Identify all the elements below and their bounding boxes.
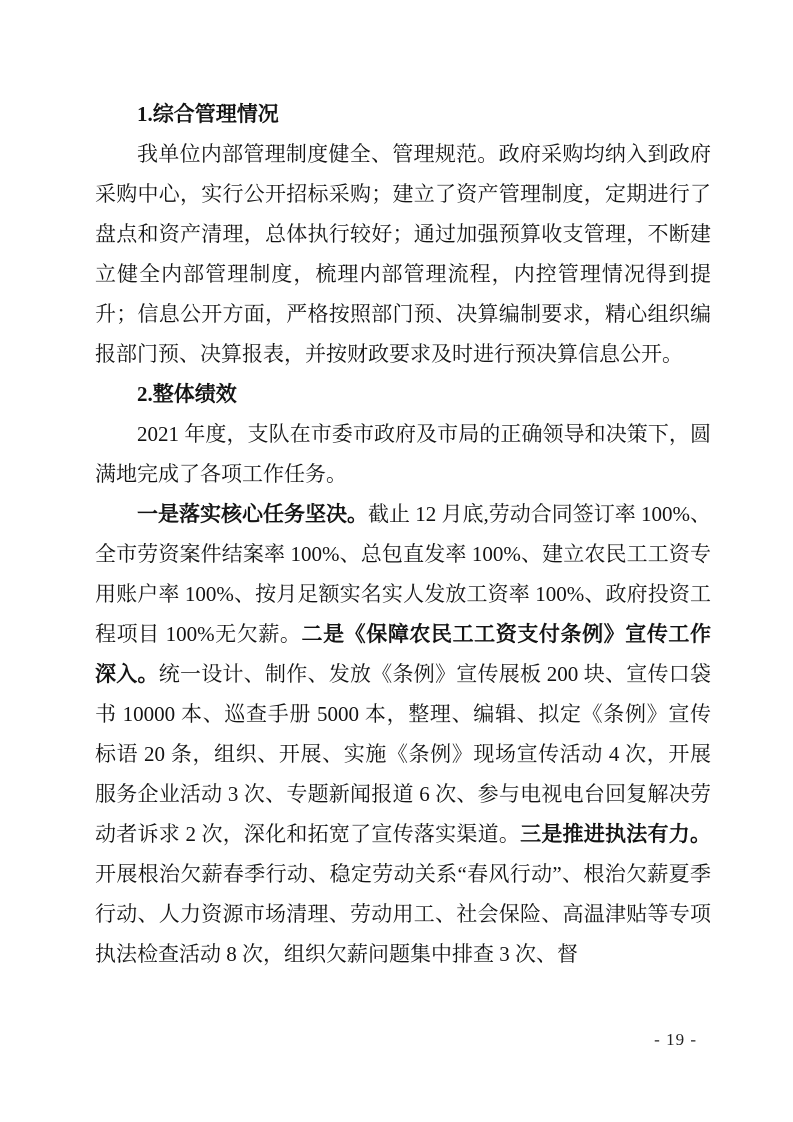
document-page: 1.综合管理情况 我单位内部管理制度健全、管理规范。政府采购均纳入到政府采购中心…: [0, 0, 793, 1122]
section-heading-comprehensive-management: 1.综合管理情况: [95, 94, 711, 134]
paragraph-performance-intro: 2021 年度，支队在市委市政府及市局的正确领导和决策下，圆满地完成了各项工作任…: [95, 414, 711, 494]
run-enforcement-lead: 三是推进执法有力。: [520, 822, 711, 846]
run-publicity-body: 统一设计、制作、发放《条例》宣传展板 200 块、宣传口袋书 10000 本、巡…: [95, 662, 711, 846]
paragraph-performance-detail: 一是落实核心任务坚决。截止 12 月底,劳动合同签订率 100%、全市劳资案件结…: [95, 494, 711, 974]
document-content: 1.综合管理情况 我单位内部管理制度健全、管理规范。政府采购均纳入到政府采购中心…: [95, 94, 711, 974]
section-heading-overall-performance: 2.整体绩效: [95, 374, 711, 414]
page-number: - 19 -: [654, 1028, 697, 1052]
paragraph-internal-management: 我单位内部管理制度健全、管理规范。政府采购均纳入到政府采购中心，实行公开招标采购…: [95, 134, 711, 374]
run-core-task-lead: 一是落实核心任务坚决。: [137, 502, 368, 526]
run-enforcement-body: 开展根治欠薪春季行动、稳定劳动关系“春风行动”、根治欠薪夏季行动、人力资源市场清…: [95, 862, 711, 966]
